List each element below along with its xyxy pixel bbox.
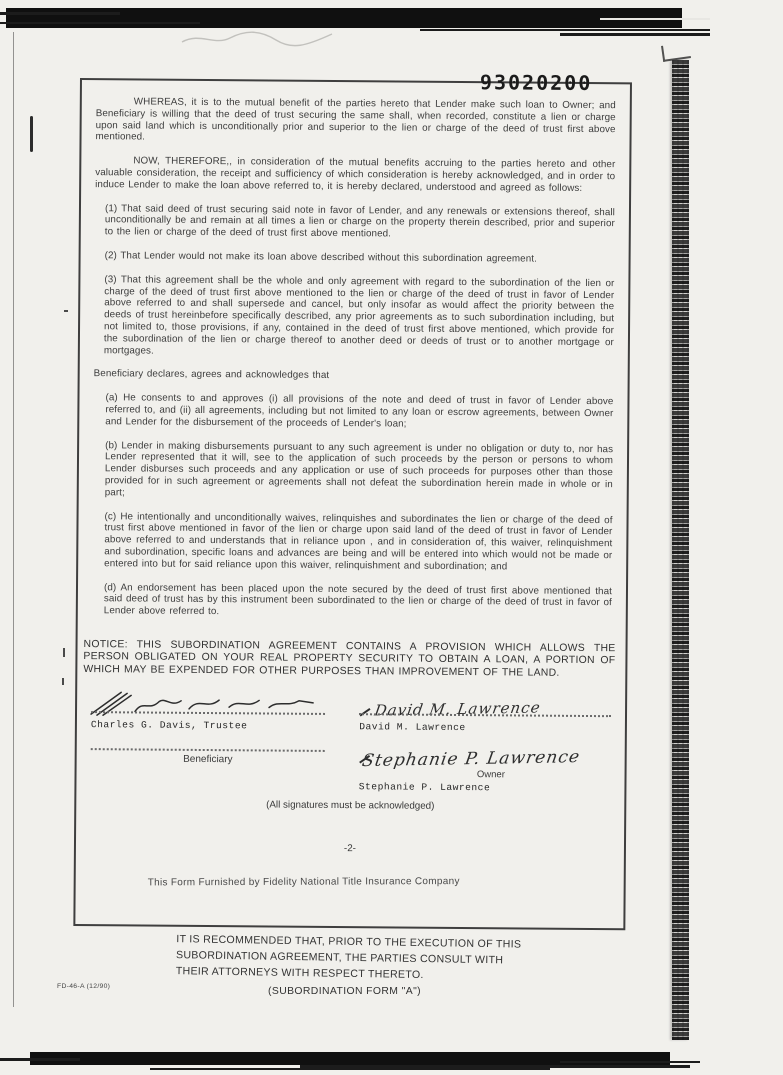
clause-a: (a) He consents to and approves (i) all … [93,392,613,431]
owner2-signature-script: Stephanie P. Lawrence [361,747,582,771]
clause-d-label: (d) [104,582,116,593]
scan-artifact-top-streak [0,12,120,15]
clause-b-text: Lender in making disbursements pursuant … [105,440,613,498]
subordination-form-label: (SUBORDINATION FORM "A") [268,986,421,997]
form-credit-line: This Form Furnished by Fidelity National… [148,875,610,888]
spacer [91,730,326,750]
scan-artifact-bottom-bar [30,1052,670,1065]
clause-c-text: He intentionally and unconditionally wai… [104,511,612,572]
paragraph-whereas: WHEREAS, it is to the mutual benefit of … [95,96,615,147]
acknowledgement-note: (All signatures must be acknowledged) [90,798,610,813]
clause-a-text: He consents to and approves (i) all prov… [105,392,613,429]
beneficiary-role-label: Beneficiary [91,753,325,766]
scan-artifact-top-streak [560,33,710,36]
clause-b-label: (b) [105,440,117,451]
scan-artifact-top-streak [600,18,710,20]
scan-artifact-top-bar [6,8,682,28]
scan-artifact-top-streak [0,22,200,24]
clause-c: (c) He intentionally and unconditionally… [92,511,612,574]
clause-1-text: That said deed of trust securing said no… [105,203,615,240]
clause-d-text: An endorsement has been placed upon the … [104,582,612,617]
scan-artifact-top-streak [420,29,710,31]
clause-2: (2) That Lender would not make its loan … [95,250,615,266]
scan-artifact-bottom-streak [560,1061,700,1063]
scan-artifact-left-dash [30,116,33,152]
clause-1: (1) That said deed of trust securing sai… [95,203,615,242]
scan-artifact-stray-mark [62,678,64,685]
scan-artifact-left-line [13,32,14,1007]
statutory-notice: NOTICE: THIS SUBORDINATION AGREEMENT CON… [83,639,615,681]
signature-section: Charles G. Davis, Trustee Beneficiary Da… [90,687,611,794]
clause-3-text: That this agreement shall be the whole a… [104,274,615,356]
trustee-typed-name: Charles G. Davis, Trustee [91,719,325,732]
signature-line-beneficiary [91,748,325,752]
recording-number: 93020200 [480,70,593,95]
clause-3-label: (3) [104,274,116,285]
scan-artifact-bottom-streak [150,1068,550,1070]
clause-1-label: (1) [105,203,117,214]
scan-artifact-right-strip [672,60,689,1040]
clause-c-label: (c) [105,511,117,522]
scan-artifact-bottom-streak [0,1058,80,1061]
document-page-border: 93020200 WHEREAS, it is to the mutual be… [73,78,632,930]
owner-role-label: Owner [477,769,611,781]
clause-3: (3) That this agreement shall be the who… [94,274,615,361]
signature-column-owner: David M. Lawrence David M. Lawrence Step… [335,689,611,794]
signature-slot-owner-2: Stephanie P. Lawrence [359,732,611,768]
scanned-document-page: { "header": { "doc_number": "93020200" }… [0,0,783,1075]
paragraph-now-therefore: NOW, THEREFORE,, in consideration of the… [95,155,615,194]
clause-a-label: (a) [105,392,117,403]
page-number: -2- [90,841,610,856]
signature-slot-owner-1: David M. Lawrence [359,689,611,721]
scan-artifact-stray-mark [63,648,65,657]
beneficiary-lead: Beneficiary declares, agrees and acknowl… [94,368,614,384]
owner2-typed-name: Stephanie P. Lawrence [359,781,611,794]
clause-2-label: (2) [105,250,117,261]
signature-slot-trustee [91,687,326,719]
attorney-recommendation: IT IS RECOMMENDED THAT, PRIOR TO THE EXE… [176,931,537,985]
scan-artifact-pencil-squiggle [180,26,340,50]
signature-column-beneficiary: Charles G. Davis, Trustee Beneficiary [90,687,335,792]
clause-d: (d) An endorsement has been placed upon … [92,582,612,621]
scan-artifact-stray-mark [64,310,68,312]
clause-2-text: That Lender would not make its loan abov… [120,250,537,264]
clause-b: (b) Lender in making disbursements pursu… [93,440,613,503]
form-code: FD-46-A (12/90) [57,983,110,990]
scan-artifact-hook-mark [661,42,691,62]
